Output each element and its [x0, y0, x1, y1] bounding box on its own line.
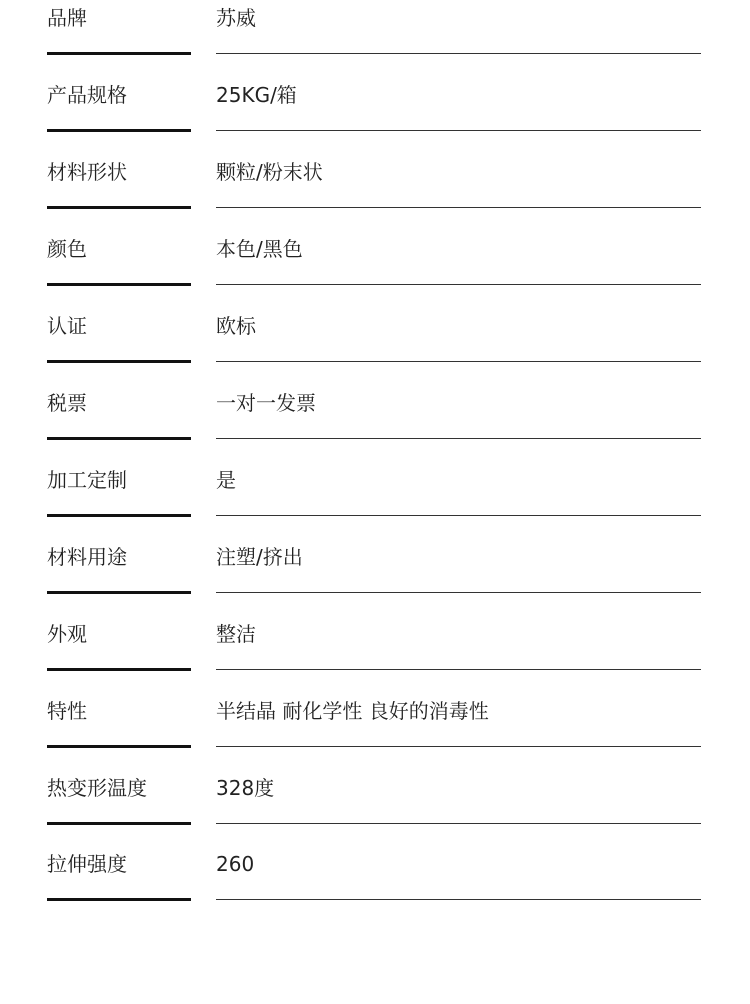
- value-divider: [216, 592, 701, 593]
- spec-label: 加工定制: [47, 467, 127, 493]
- spec-value: 一对一发票: [216, 390, 316, 416]
- value-divider: [216, 284, 701, 285]
- spec-value: 注塑/挤出: [216, 544, 303, 570]
- spec-label: 特性: [47, 698, 87, 724]
- value-divider: [216, 515, 701, 516]
- spec-label: 热变形温度: [47, 775, 147, 801]
- spec-row-invoice: 税票 一对一发票: [0, 385, 750, 462]
- label-divider: [47, 52, 191, 55]
- label-divider: [47, 437, 191, 440]
- spec-value: 苏威: [216, 5, 256, 31]
- spec-value: 260: [216, 851, 254, 877]
- spec-value: 本色/黑色: [216, 236, 303, 262]
- label-divider: [47, 745, 191, 748]
- value-divider: [216, 207, 701, 208]
- value-divider: [216, 53, 701, 54]
- spec-row-color: 颜色 本色/黑色: [0, 231, 750, 308]
- spec-value: 半结晶 耐化学性 良好的消毒性: [216, 698, 489, 724]
- spec-label: 认证: [47, 313, 87, 339]
- spec-row-appearance: 外观 整洁: [0, 616, 750, 693]
- label-divider: [47, 898, 191, 901]
- spec-row-certification: 认证 欧标: [0, 308, 750, 385]
- value-divider: [216, 130, 701, 131]
- label-divider: [47, 591, 191, 594]
- label-divider: [47, 514, 191, 517]
- spec-row-brand: 品牌 苏威: [0, 0, 750, 77]
- value-divider: [216, 438, 701, 439]
- label-divider: [47, 822, 191, 825]
- spec-label: 产品规格: [47, 82, 127, 108]
- spec-value: 欧标: [216, 313, 256, 339]
- value-divider: [216, 361, 701, 362]
- spec-label: 拉伸强度: [47, 851, 127, 877]
- value-divider: [216, 899, 701, 900]
- spec-label: 品牌: [47, 5, 87, 31]
- label-divider: [47, 206, 191, 209]
- spec-value: 25KG/箱: [216, 82, 297, 108]
- label-divider: [47, 283, 191, 286]
- spec-row-shape: 材料形状 颗粒/粉末状: [0, 154, 750, 231]
- spec-value: 颗粒/粉末状: [216, 159, 323, 185]
- value-divider: [216, 823, 701, 824]
- spec-value: 328度: [216, 775, 274, 801]
- spec-label: 外观: [47, 621, 87, 647]
- label-divider: [47, 129, 191, 132]
- spec-row-tensile-strength: 拉伸强度 260: [0, 846, 750, 923]
- spec-label: 材料形状: [47, 159, 127, 185]
- spec-label: 颜色: [47, 236, 87, 262]
- spec-row-size: 产品规格 25KG/箱: [0, 77, 750, 154]
- spec-value: 是: [216, 467, 236, 493]
- spec-row-usage: 材料用途 注塑/挤出: [0, 539, 750, 616]
- label-divider: [47, 360, 191, 363]
- label-divider: [47, 668, 191, 671]
- spec-row-heat-deflection: 热变形温度 328度: [0, 770, 750, 847]
- spec-label: 材料用途: [47, 544, 127, 570]
- value-divider: [216, 746, 701, 747]
- spec-label: 税票: [47, 390, 87, 416]
- value-divider: [216, 669, 701, 670]
- spec-row-customization: 加工定制 是: [0, 462, 750, 539]
- spec-row-properties: 特性 半结晶 耐化学性 良好的消毒性: [0, 693, 750, 770]
- spec-value: 整洁: [216, 621, 256, 647]
